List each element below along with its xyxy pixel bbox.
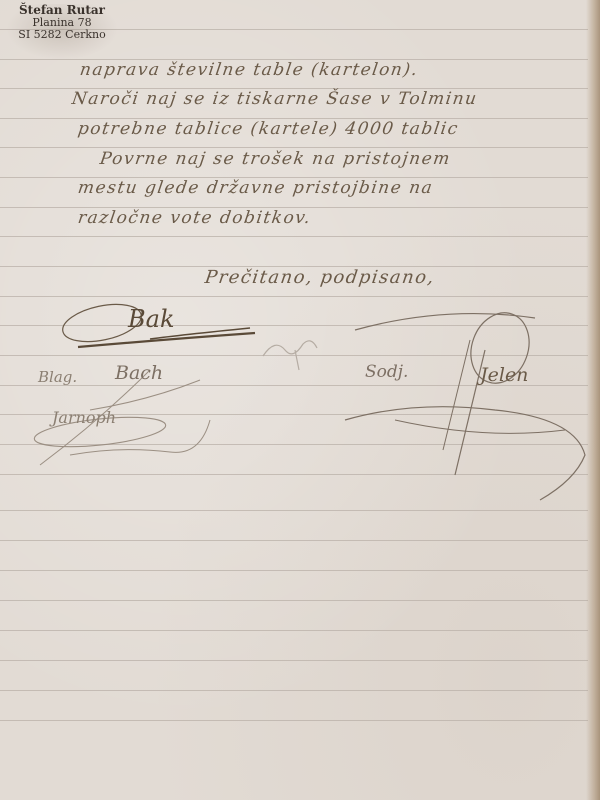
- rule-line: [0, 147, 588, 148]
- signature-bak-text: Bak: [128, 305, 175, 333]
- rule-line: [0, 690, 588, 691]
- signature-bach-text: Bach: [115, 362, 163, 384]
- body-line-2: Naroči naj se iz tiskarne Šase v Tolminu: [71, 89, 479, 109]
- closing-line: Prečitano, podpisano,: [204, 267, 437, 288]
- rule-line: [0, 570, 588, 571]
- rule-line: [0, 510, 588, 511]
- signature-jarnoph-text: Jarnoph: [52, 408, 116, 427]
- body-line-6: razločne vote dobitkov.: [77, 208, 313, 228]
- rule-line: [0, 660, 588, 661]
- signature-bak: Bak: [50, 295, 260, 355]
- signature-jelen-block: Sodj. Jelen: [335, 310, 595, 500]
- rule-line: [0, 720, 588, 721]
- signature-faint: [255, 330, 335, 370]
- rule-line: [0, 540, 588, 541]
- signature-role-blag: Blag.: [38, 368, 77, 386]
- body-line-4: Povrne naj se trošek na pristojnem: [99, 149, 453, 169]
- signature-role-sodj: Sodj.: [365, 362, 408, 382]
- owner-stamp: Štefan Rutar Planina 78 SI 5282 Cerkno: [6, 4, 118, 60]
- signature-bach-block: Blag. Bach Jarnoph: [30, 360, 230, 470]
- rule-line: [0, 236, 588, 237]
- body-line-3: potrebne tablice (kartele) 4000 tablic: [77, 119, 460, 139]
- signature-jelen-text: Jelen: [480, 364, 528, 386]
- stamp-postal: SI 5282 Cerkno: [6, 29, 118, 41]
- body-line-5: mestu glede državne pristojbine na: [77, 178, 435, 198]
- rule-line: [0, 630, 588, 631]
- body-line-1: naprava številne table (kartelon).: [79, 60, 420, 80]
- rule-line: [0, 600, 588, 601]
- document-page: Štefan Rutar Planina 78 SI 5282 Cerkno n…: [0, 0, 600, 800]
- faint-signature-icon: [255, 330, 335, 370]
- signature-flourish-icon: [335, 310, 595, 500]
